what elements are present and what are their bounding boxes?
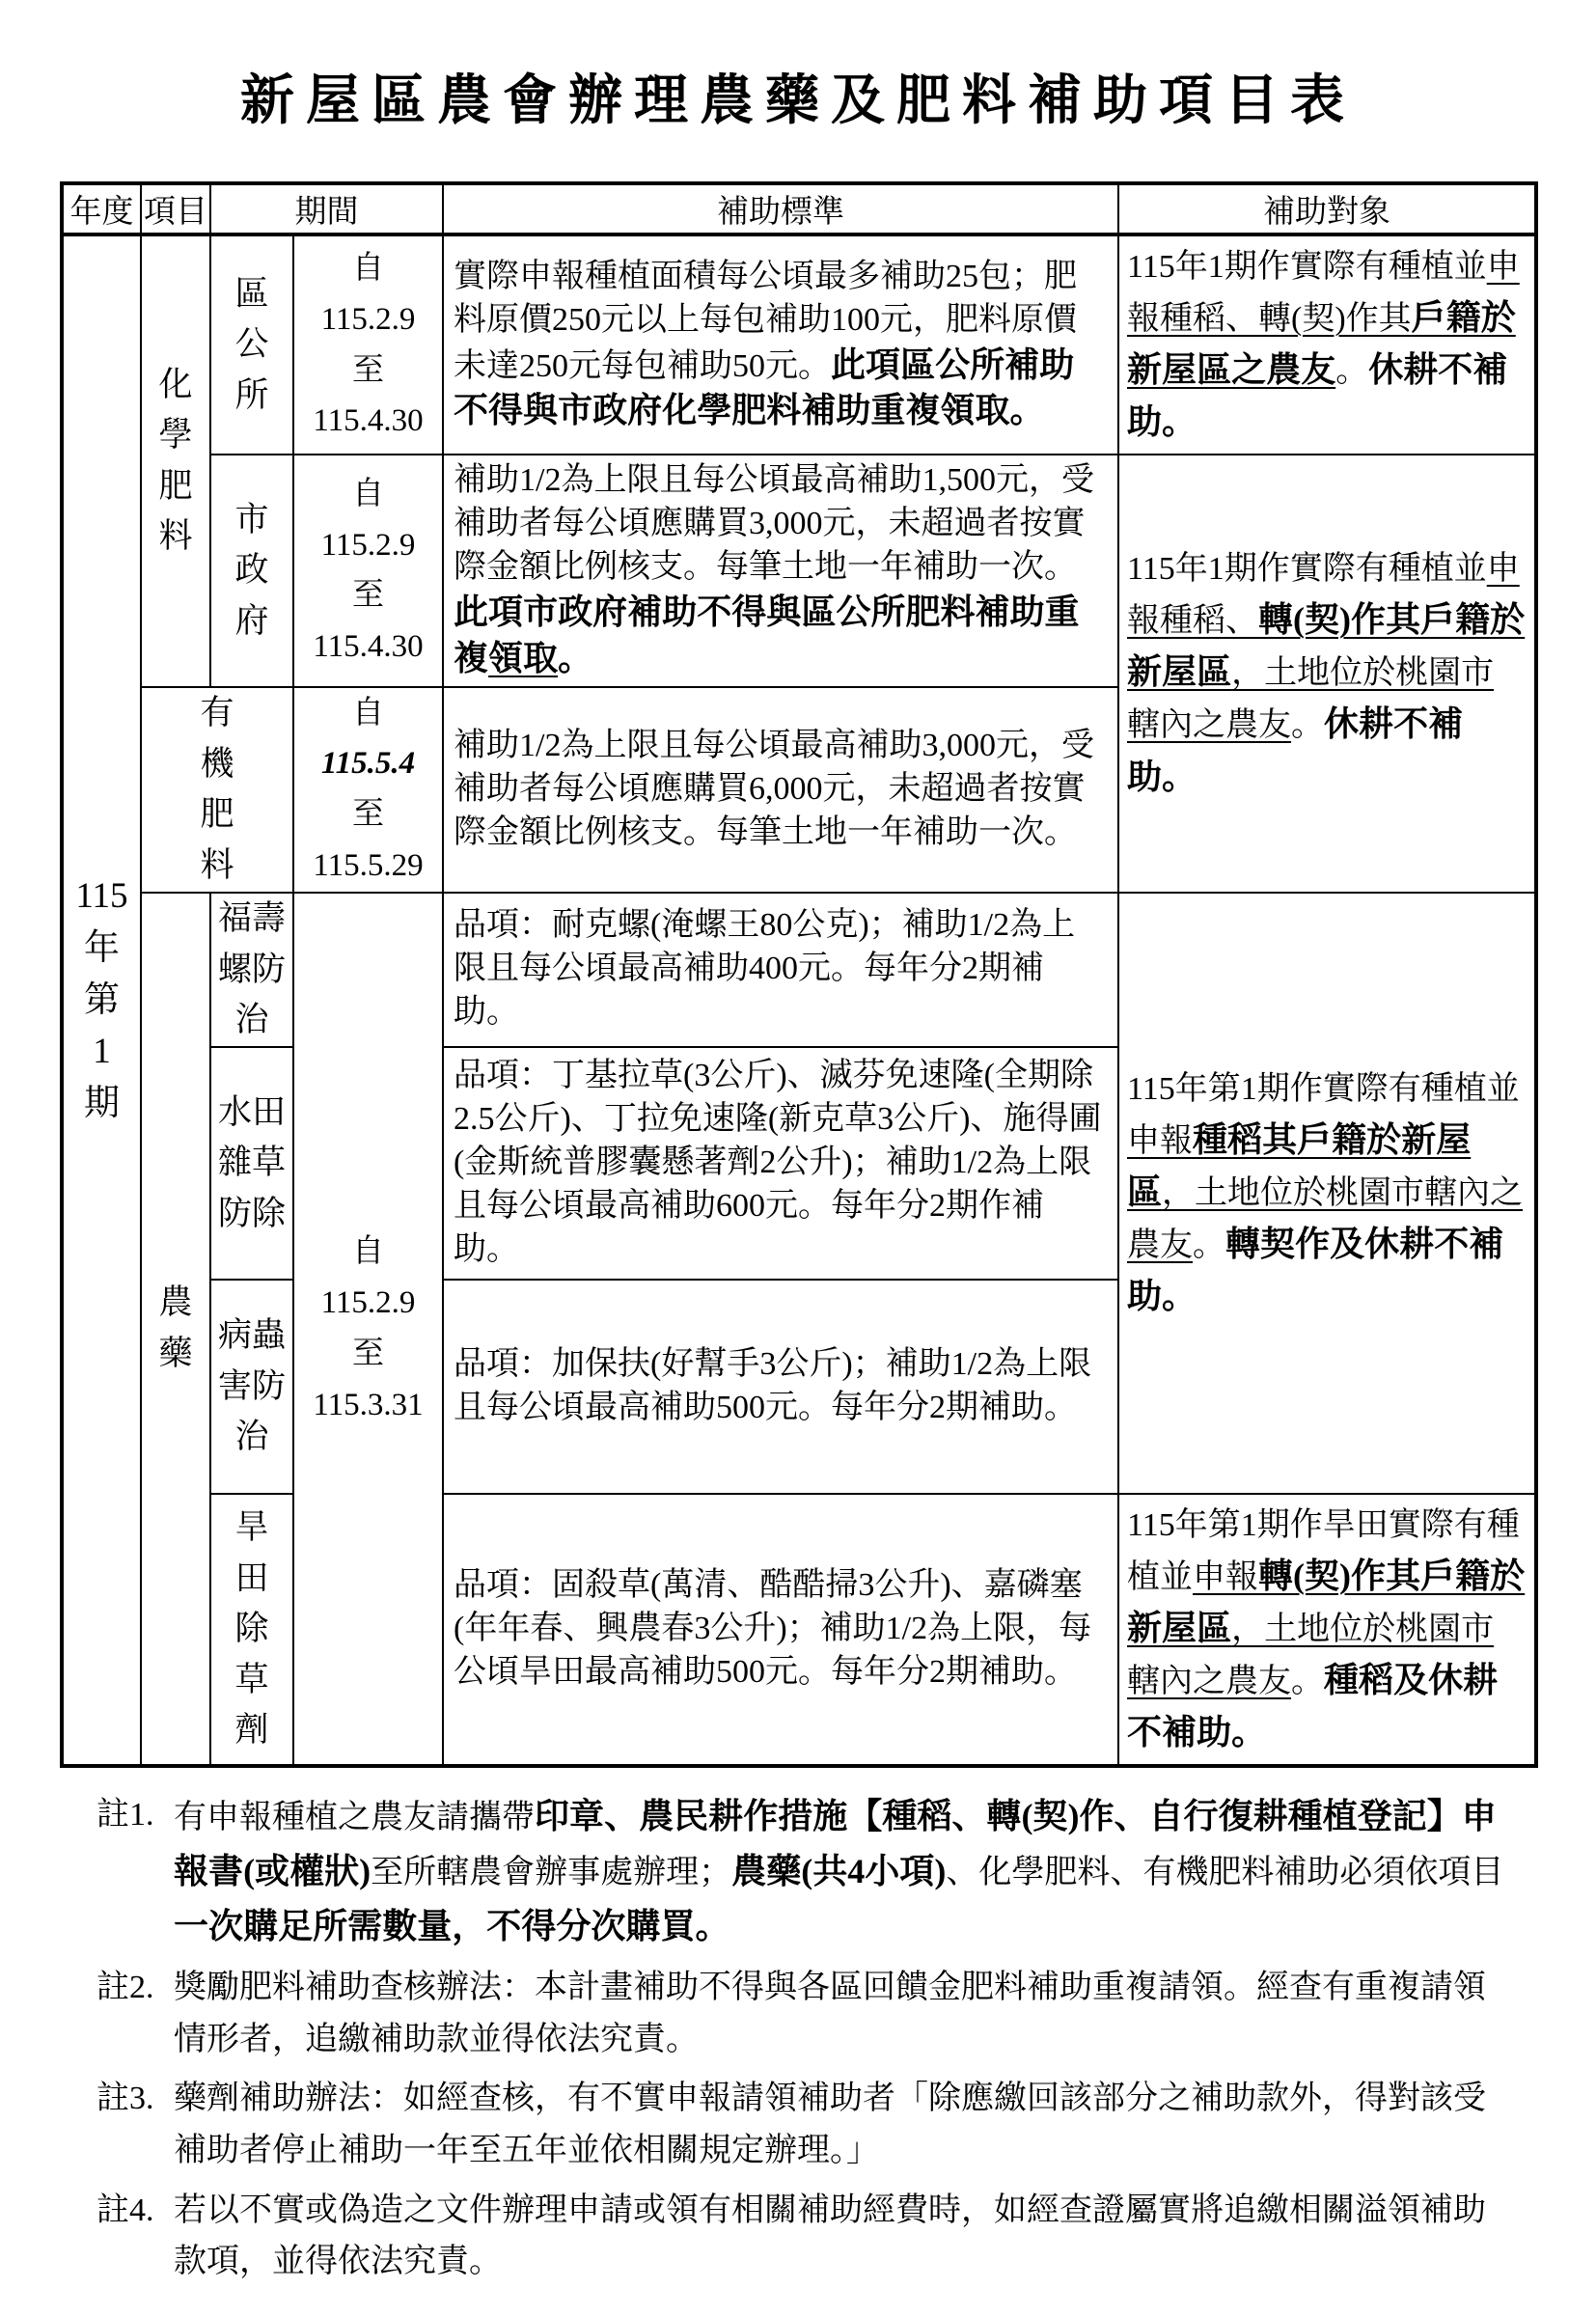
footnote-1: 註1. 有申報種植之農友請攜帶印章、農民耕作措施【種稻、轉(契)作、自行復耕種植… xyxy=(96,1789,1515,1954)
category-organic-fertilizer-cell: 有 機 肥 料 xyxy=(141,687,293,893)
table-header-row: 年度 項目 期間 補助標準 補助對象 xyxy=(62,183,1536,234)
header-cell-year: 年度 xyxy=(62,183,141,234)
footnote-text: 藥劑補助辦法：如經查核，有不實申報請領補助者「除應繳回該部分之補助款外，得對該受… xyxy=(174,2073,1515,2176)
footnotes-section: 註1. 有申報種植之農友請攜帶印章、農民耕作措施【種稻、轉(契)作、自行復耕種植… xyxy=(96,1789,1515,2288)
document-title: 新屋區農會辦理農藥及肥料補助項目表 xyxy=(0,58,1596,135)
standard-dryland-herbicide-cell: 品項：固殺草(萬清、酷酷掃3公升)、嘉磷塞(年年春、興農春3公升)；補助1/2為… xyxy=(443,1494,1118,1766)
period-district-office-cell: 自 115.2.9 至 115.4.30 xyxy=(293,234,443,455)
period-end-date: 115.3.31 xyxy=(294,1380,442,1431)
footnote-text: 有申報種植之農友請攜帶印章、農民耕作措施【種稻、轉(契)作、自行復耕種植登記】申… xyxy=(174,1789,1515,1954)
target-fertilizer-cell: 115年1期作實際有種植並申報種稻、轉(契)作其戶籍於新屋區，土地位於桃園市轄內… xyxy=(1118,455,1536,893)
subitem-apple-snail-control-cell: 福壽 螺防 治 xyxy=(210,893,293,1047)
header-cell-item: 項目 xyxy=(141,183,210,234)
row-dryland-herbicide: 旱 田 除 草 劑 品項：固殺草(萬清、酷酷掃3公升)、嘉磷塞(年年春、興農春3… xyxy=(62,1494,1536,1766)
period-end-date: 115.5.29 xyxy=(294,841,442,892)
footnote-text: 若以不實或偽造之文件辦理申請或領有相關補助經費時，如經查證屬實將追繳相關溢領補助… xyxy=(174,2185,1515,2288)
header-cell-standard: 補助標準 xyxy=(443,183,1118,234)
period-start-date: 115.2.9 xyxy=(294,1278,442,1329)
standard-apple-snail-cell: 品項：耐克螺(淹螺王80公克)；補助1/2為上限且每公頃最高補助400元。每年分… xyxy=(443,893,1118,1047)
header-cell-target: 補助對象 xyxy=(1118,183,1536,234)
footnote-2: 註2. 獎勵肥料補助查核辦法：本計畫補助不得與各區回饋金肥料補助重複請領。經查有… xyxy=(96,1962,1515,2065)
category-chemical-fertilizer-cell: 化 學 肥 料 xyxy=(141,234,210,687)
row-district-office: 115 年 第 1 期 化 學 肥 料 區 公 所 自 115.2.9 至 11… xyxy=(62,234,1536,455)
footnote-4: 註4. 若以不實或偽造之文件辦理申請或領有相關補助經費時，如經查證屬實將追繳相關… xyxy=(96,2185,1515,2288)
header-cell-period: 期間 xyxy=(210,183,443,234)
year-period-cell: 115 年 第 1 期 xyxy=(62,234,141,1766)
period-to-label: 至 xyxy=(294,789,442,841)
subitem-paddy-weed-control-cell: 水田 雜草 防除 xyxy=(210,1047,293,1280)
footnote-label: 註1. xyxy=(96,1789,174,1954)
subitem-dryland-herbicide-cell: 旱 田 除 草 劑 xyxy=(210,1494,293,1766)
period-to-label: 至 xyxy=(294,1329,442,1380)
subsidy-table: 年度 項目 期間 補助標準 補助對象 115 年 第 1 期 化 學 肥 料 區… xyxy=(60,181,1538,1768)
row-apple-snail-control: 農 藥 福壽 螺防 治 自 115.2.9 至 115.3.31 品項：耐克螺(… xyxy=(62,893,1536,1047)
period-from-label: 自 xyxy=(294,1227,442,1278)
scanned-document-page: 新屋區農會辦理農藥及肥料補助項目表 年度 項目 期間 補助標準 補助對象 115… xyxy=(0,58,1596,2288)
subitem-city-government-cell: 市 政 府 xyxy=(210,455,293,686)
standard-pest-disease-cell: 品項：加保扶(好幫手3公斤)；補助1/2為上限且每公頃最高補助500元。每年分2… xyxy=(443,1280,1118,1494)
period-pesticide-cell: 自 115.2.9 至 115.3.31 xyxy=(293,893,443,1766)
target-dryland-herbicide-cell: 115年第1期作旱田實際有種植並申報轉(契)作其戶籍於新屋區，土地位於桃園市轄內… xyxy=(1118,1494,1536,1766)
footnote-label: 註2. xyxy=(96,1962,174,2065)
period-end-date: 115.4.30 xyxy=(294,621,442,673)
footnote-3: 註3. 藥劑補助辦法：如經查核，有不實申報請領補助者「除應繳回該部分之補助款外，… xyxy=(96,2073,1515,2176)
period-to-label: 至 xyxy=(294,570,442,621)
period-from-label: 自 xyxy=(294,688,442,739)
subitem-district-office-cell: 區 公 所 xyxy=(210,234,293,455)
period-to-label: 至 xyxy=(294,345,442,397)
category-pesticide-cell: 農 藥 xyxy=(141,893,210,1766)
period-start-date: 115.5.4 xyxy=(294,738,442,789)
footnote-text: 獎勵肥料補助查核辦法：本計畫補助不得與各區回饋金肥料補助重複請領。經查有重複請領… xyxy=(174,1962,1515,2065)
period-city-government-cell: 自 115.2.9 至 115.4.30 xyxy=(293,455,443,686)
period-start-date: 115.2.9 xyxy=(294,520,442,571)
row-city-government: 市 政 府 自 115.2.9 至 115.4.30 補助1/2為上限且每公頃最… xyxy=(62,455,1536,686)
subitem-pest-disease-control-cell: 病蟲 害防 治 xyxy=(210,1280,293,1494)
target-district-office-cell: 115年1期作實際有種植並申報種稻、轉(契)作其戶籍於新屋區之農友。休耕不補助。 xyxy=(1118,234,1536,455)
period-from-label: 自 xyxy=(294,469,442,520)
footnote-label: 註4. xyxy=(96,2185,174,2288)
standard-district-office-cell: 實際申報種植面積每公頃最多補助25包；肥料原價250元以上每包補助100元，肥料… xyxy=(443,234,1118,455)
standard-paddy-weed-cell: 品項：丁基拉草(3公斤)、滅芬免速隆(全期除2.5公斤)、丁拉免速隆(新克草3公… xyxy=(443,1047,1118,1280)
footnote-label: 註3. xyxy=(96,2073,174,2176)
target-pesticide-cell: 115年第1期作實際有種植並申報種稻其戶籍於新屋區，土地位於桃園市轄內之農友。轉… xyxy=(1118,893,1536,1494)
period-organic-fertilizer-cell: 自 115.5.4 至 115.5.29 xyxy=(293,687,443,893)
period-end-date: 115.4.30 xyxy=(294,396,442,447)
period-start-date: 115.2.9 xyxy=(294,294,442,345)
standard-organic-fertilizer-cell: 補助1/2為上限且每公頃最高補助3,000元，受補助者每公頃應購買6,000元，… xyxy=(443,687,1118,893)
period-from-label: 自 xyxy=(294,243,442,294)
standard-city-government-cell: 補助1/2為上限且每公頃最高補助1,500元，受補助者每公頃應購買3,000元，… xyxy=(443,455,1118,686)
